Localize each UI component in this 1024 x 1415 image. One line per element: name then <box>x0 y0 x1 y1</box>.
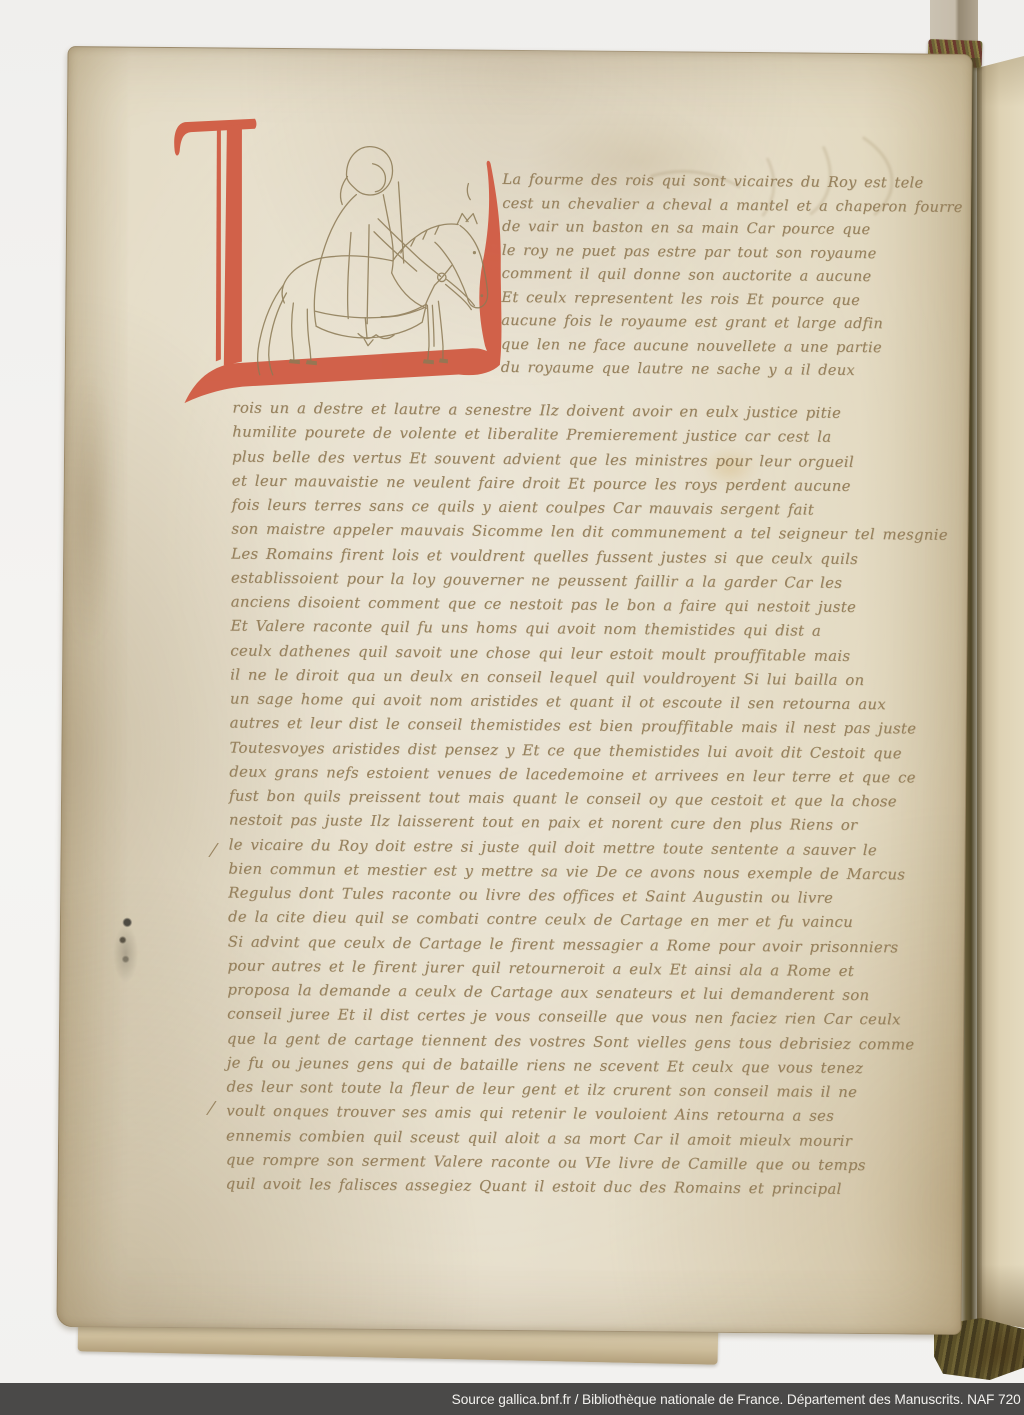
text-block-beside-initial: La fourme des rois qui sont vicaires du … <box>501 169 963 385</box>
manuscript-viewer-scan: L <box>0 0 1024 1415</box>
manuscript-text-line: La fourme des rois qui sont vicaires du … <box>502 169 963 197</box>
next-folio-edge <box>977 56 1024 1328</box>
manuscript-text-line: quil avoit les falisces assegiez Quant i… <box>226 1172 943 1203</box>
manuscript-page[interactable]: L <box>56 46 972 1335</box>
margin-mark: / <box>209 840 218 860</box>
manuscript-text-line: comment il quil donne son auctorite a au… <box>502 263 963 291</box>
source-bar: Source gallica.bnf.fr / Bibliothèque nat… <box>0 1383 1024 1415</box>
source-attribution-text: Source gallica.bnf.fr / Bibliothèque nat… <box>452 1391 1024 1407</box>
manuscript-text-line: du royaume que lautre ne sache y a il de… <box>501 357 962 385</box>
ink-smudge <box>112 910 139 990</box>
manuscript-text-line: aucune fois le royaume est grant et larg… <box>501 310 962 338</box>
text-block-full-width: rois un a destre et lautre a senestre Il… <box>226 397 949 1203</box>
margin-mark: / <box>207 1098 216 1118</box>
initial-miniature-hooded-rider-on-horse <box>168 111 511 424</box>
decorated-initial-L: L <box>168 111 511 424</box>
parchment-stain <box>67 327 140 688</box>
manuscript-text-line: de vair un baston en sa main Car pource … <box>502 216 963 244</box>
